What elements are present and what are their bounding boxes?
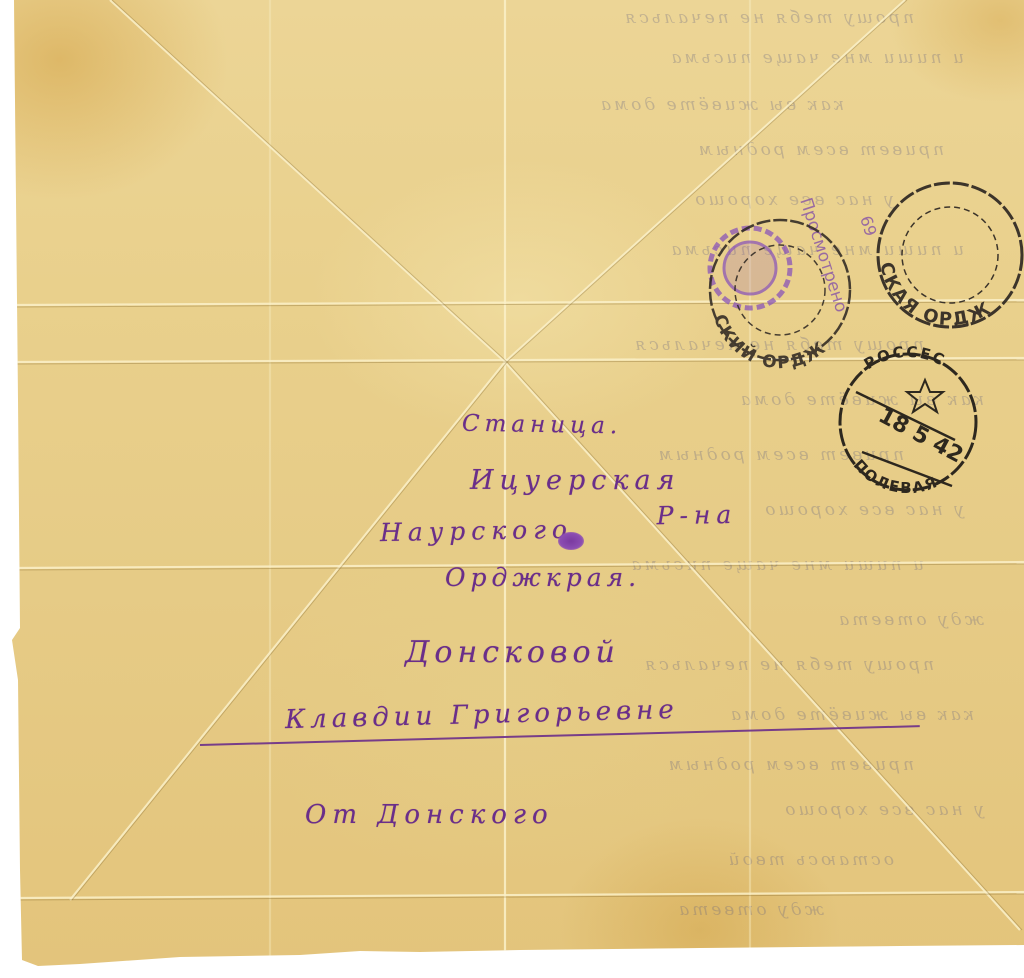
postmark-right: СКАЯ ОРДЖ xyxy=(875,183,1022,330)
address-line-settlement-name: Ицуерская xyxy=(470,465,681,496)
district-name: Наурского xyxy=(380,515,573,547)
letter-paper: прошу тебя не печалься и пиши мне чаще п… xyxy=(0,0,1024,978)
postmark-date: 18 5 42 xyxy=(874,403,967,468)
postmark-date-top: РОССЕС xyxy=(861,343,949,373)
censor-number: 69 xyxy=(856,213,880,238)
sender-line: От Донского xyxy=(305,800,554,830)
postmark-date-bottom: ПОЛЕВАЯ xyxy=(850,456,941,497)
district-suffix: Р-на xyxy=(656,500,737,530)
address-line-region: Орджкрая. xyxy=(445,563,641,592)
svg-text:СКАЯ ОРДЖ: СКАЯ ОРДЖ xyxy=(875,260,995,330)
postmark-right-text: СКАЯ ОРДЖ xyxy=(875,260,995,330)
recipient-surname: Донсковой xyxy=(405,635,620,670)
svg-text:РОССЕС: РОССЕС xyxy=(861,343,949,373)
address-line-settlement-type: Станица. xyxy=(462,411,623,440)
postmark-dated: 18 5 42 РОССЕС ПОЛЕВАЯ xyxy=(840,343,976,497)
censor-text: Просмотрено xyxy=(795,195,851,315)
ink-blot xyxy=(558,532,584,550)
svg-text:ПОЛЕВАЯ: ПОЛЕВАЯ xyxy=(850,456,941,497)
